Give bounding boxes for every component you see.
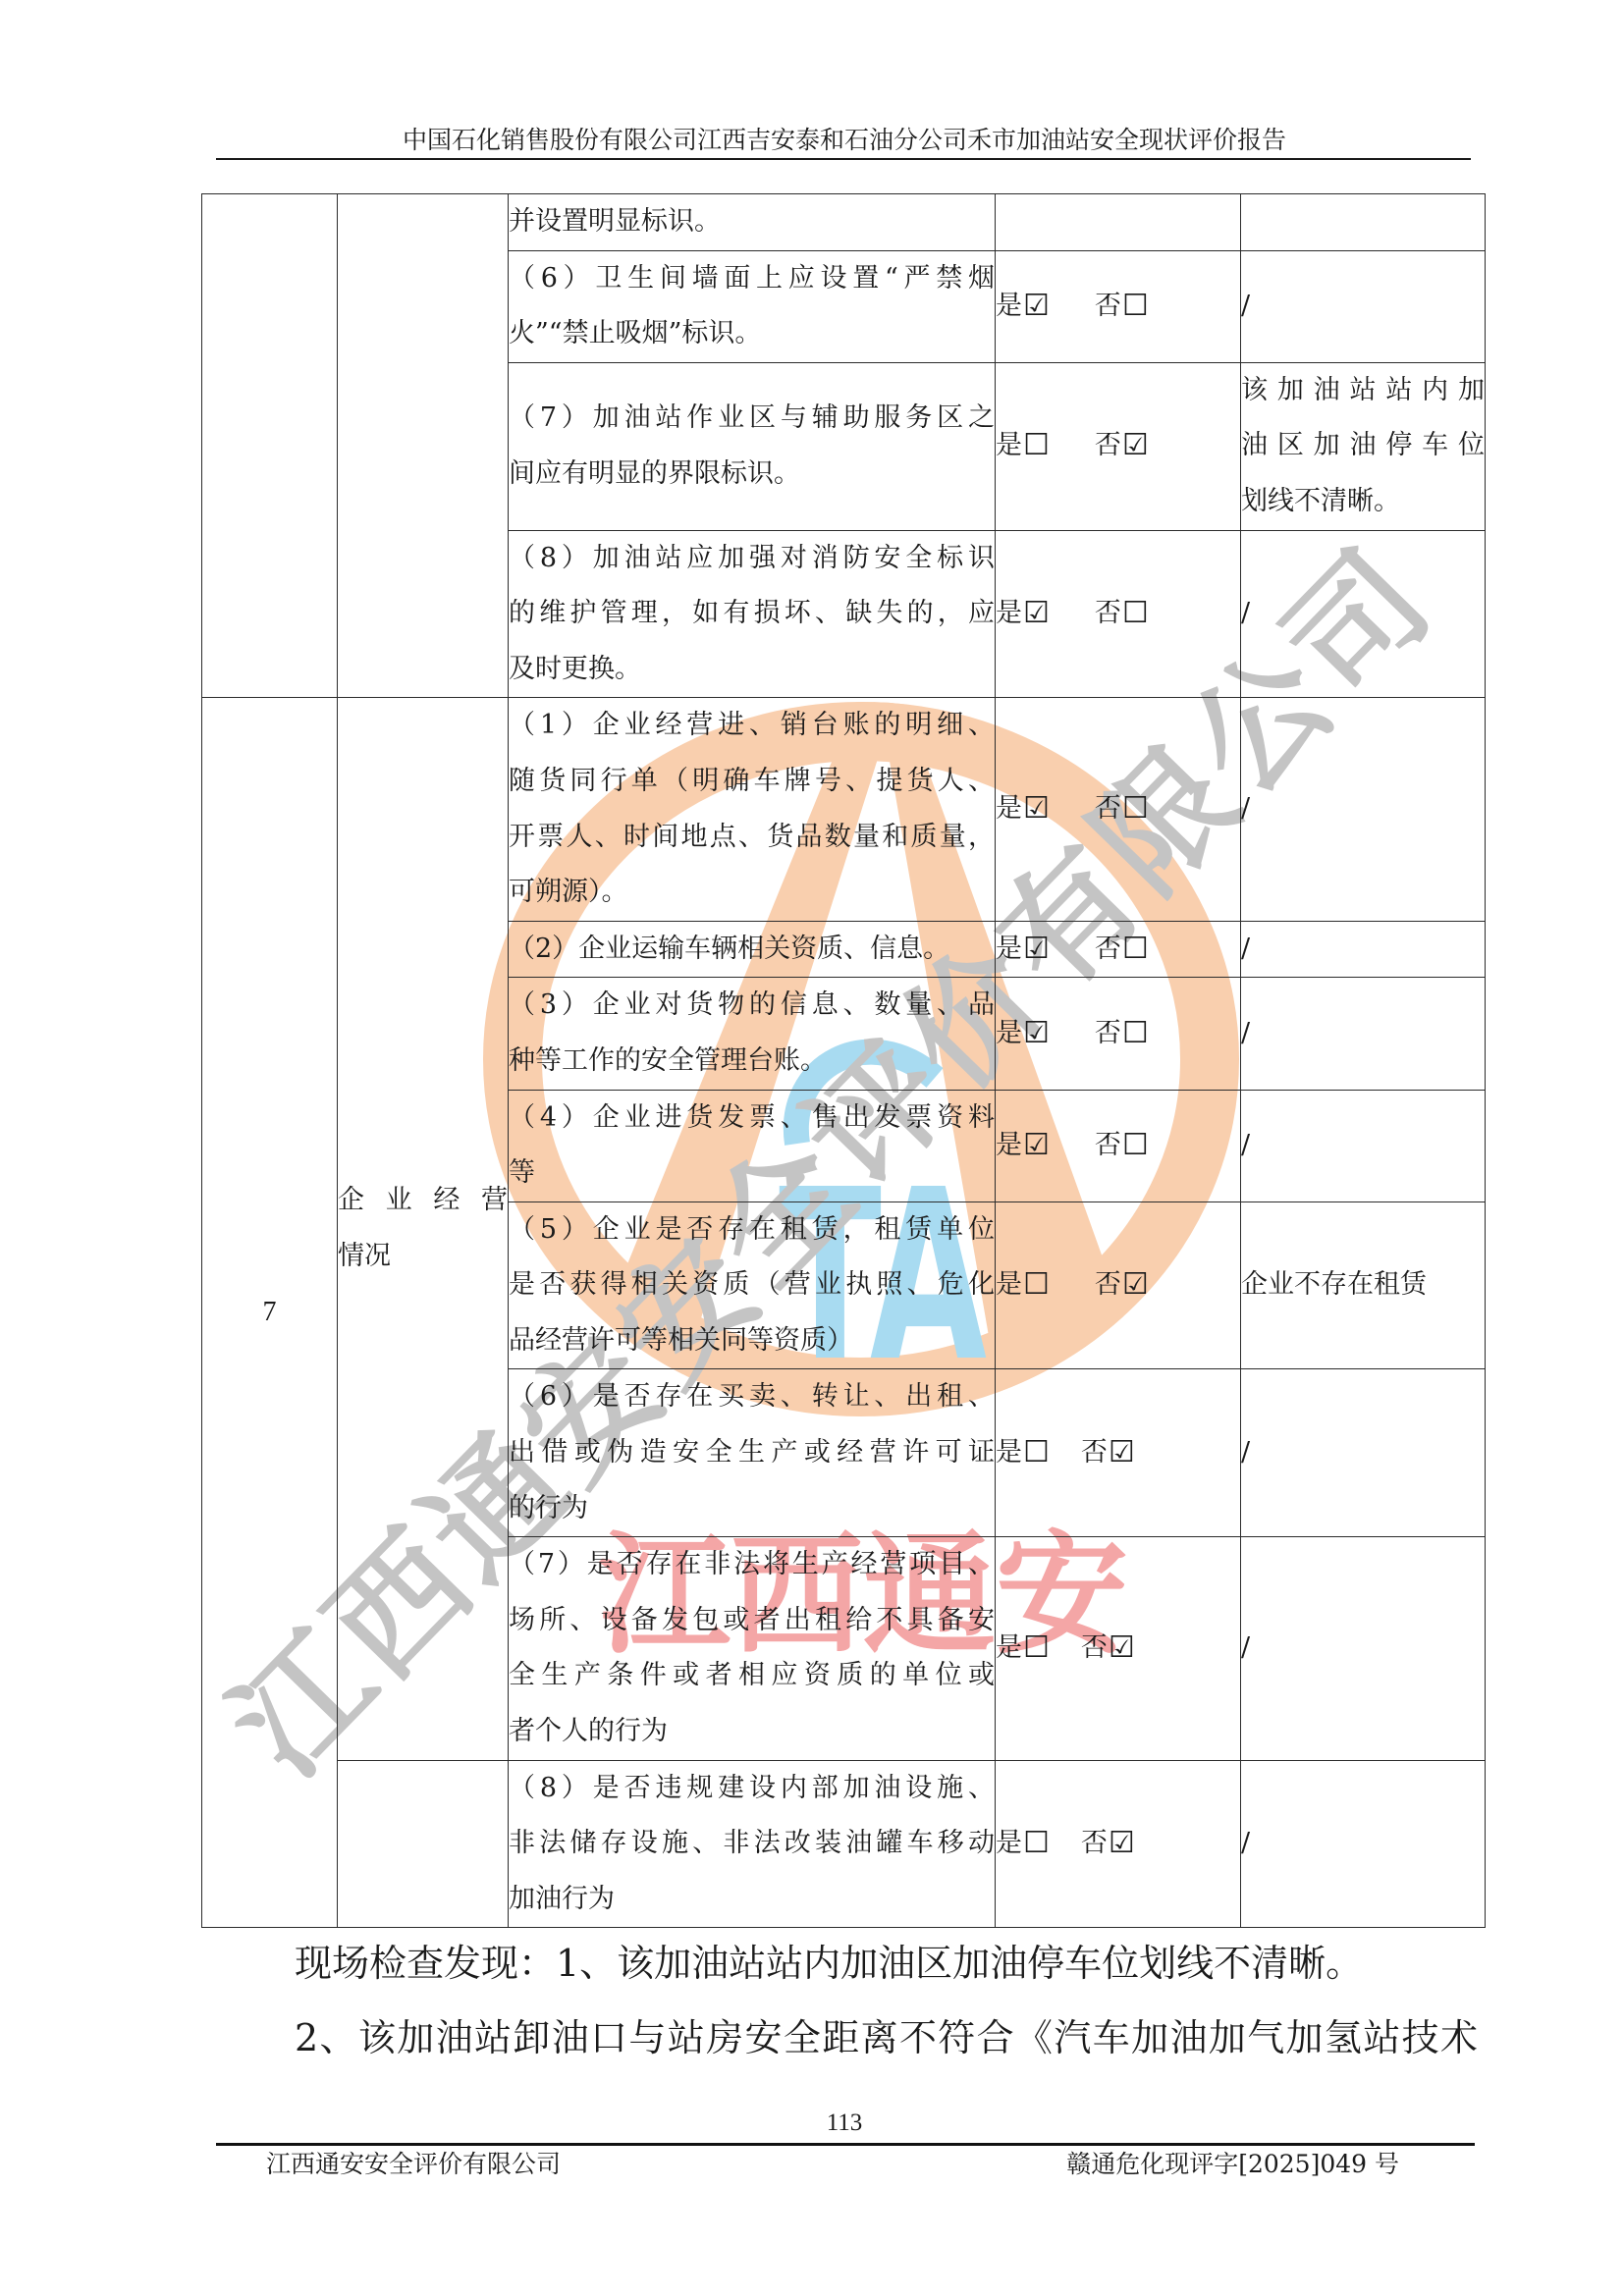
text-line: 加油行为 xyxy=(509,1872,995,1928)
check-item-cell: （7）是否存在非法将生产经营项目、场所、设备发包或者出租给不具备安全生产条件或者… xyxy=(509,1537,996,1760)
check-item-cell: （8）是否违规建设内部加油设施、非法储存设施、非法改装油罐车移动加油行为 xyxy=(509,1760,996,1928)
text-line: 等 xyxy=(509,1146,995,1201)
option-no: 否☐ xyxy=(1095,279,1149,335)
check-item-cell: 并设置明显标识。 xyxy=(509,194,996,251)
option-yes: 是☑ xyxy=(996,586,1050,642)
checkbox-icon: ☑ xyxy=(1109,1630,1135,1665)
remark-cell: / xyxy=(1241,1760,1486,1928)
text-line: / xyxy=(1241,1621,1485,1677)
table-row: 并设置明显标识。 xyxy=(202,194,1486,251)
text-line: 间应有明显的界限标识。 xyxy=(509,447,995,503)
option-label: 是 xyxy=(996,430,1022,460)
checkbox-icon: ☑ xyxy=(1023,791,1050,826)
text-line: （2）企业运输车辆相关资质、信息。 xyxy=(509,922,995,978)
section-number-cell xyxy=(202,194,338,698)
option-label: 是 xyxy=(996,1018,1022,1048)
footer-rule xyxy=(216,2143,1475,2146)
text-line: 及时更换。 xyxy=(509,642,995,698)
option-label: 是 xyxy=(996,934,1022,964)
option-label: 否 xyxy=(1081,1828,1108,1858)
option-no: 否☐ xyxy=(1095,1006,1149,1062)
check-item-cell: （5）企业是否存在租赁，租赁单位是否获得相关资质（营业执照、危化品经营许可等相关… xyxy=(509,1201,996,1369)
text-line: / xyxy=(1241,586,1485,642)
text-line: 品经营许可等相关同等资质） xyxy=(509,1313,995,1369)
footer-document-number: 赣通危化现评字[2025]049 号 xyxy=(1066,2150,1399,2179)
option-no: 否☑ xyxy=(1081,1816,1135,1872)
compliance-cell: 是☑否☐ xyxy=(996,530,1241,698)
checkbox-icon: ☐ xyxy=(1122,791,1149,826)
option-label: 是 xyxy=(996,1632,1022,1663)
text-line: （3）企业对货物的信息、数量、品 xyxy=(509,978,995,1034)
compliance-cell: 是☐否☑ xyxy=(996,1201,1241,1369)
check-item-cell: （4）企业进货发票、售出发票资料等 xyxy=(509,1090,996,1201)
text-line: （6）卫生间墙面上应设置“严禁烟 xyxy=(509,251,995,307)
option-label: 否 xyxy=(1095,1018,1121,1048)
remark-cell xyxy=(1241,194,1486,251)
checkbox-icon: ☑ xyxy=(1122,428,1149,462)
running-header-title: 中国石化销售股份有限公司江西吉安泰和石油分公司禾市加油站安全现状评价报告 xyxy=(216,126,1473,155)
checkbox-icon: ☐ xyxy=(1023,428,1050,462)
option-label: 是 xyxy=(996,1269,1022,1300)
option-label: 否 xyxy=(1095,793,1121,824)
finding-paragraph: 2、该加油站卸油口与站房安全距离不符合《汽车加油加气加氢站技术 xyxy=(220,2001,1478,2075)
text-line: / xyxy=(1241,781,1485,837)
remark-cell: / xyxy=(1241,1369,1486,1537)
check-item-cell: （6）是否存在买卖、转让、出租、出借或伪造安全生产或经营许可证的行为 xyxy=(509,1369,996,1537)
option-no: 否☑ xyxy=(1095,1257,1149,1313)
text-line: 情况 xyxy=(338,1229,508,1285)
option-yes: 是☐ xyxy=(996,1257,1050,1313)
option-no: 否☐ xyxy=(1095,586,1149,642)
checkbox-icon: ☐ xyxy=(1122,1016,1149,1050)
section-number-cell: 7 xyxy=(202,698,338,1928)
text-line: 油区加油停车位 xyxy=(1241,418,1485,474)
option-yes: 是☐ xyxy=(996,1621,1050,1677)
section-category-cell xyxy=(338,1760,509,1928)
check-item-cell: （1）企业经营进、销台账的明细、随货同行单（明确车牌号、提货人、开票人、时间地点… xyxy=(509,698,996,921)
finding-paragraph: 现场检查发现：1、该加油站站内加油区加油停车位划线不清晰。 xyxy=(220,1926,1478,2001)
remark-cell: / xyxy=(1241,1537,1486,1760)
checkbox-icon: ☑ xyxy=(1023,289,1050,323)
text-line: / xyxy=(1241,1006,1485,1062)
text-line: （8）是否违规建设内部加油设施、 xyxy=(509,1761,995,1817)
compliance-cell: 是☐否☑ xyxy=(996,362,1241,530)
checkbox-icon: ☑ xyxy=(1023,596,1050,630)
option-yes: 是☑ xyxy=(996,922,1050,978)
option-yes: 是☑ xyxy=(996,1118,1050,1174)
section-category-cell: 企业经营情况 xyxy=(338,698,509,1760)
check-item-cell: （3）企业对货物的信息、数量、品种等工作的安全管理台账。 xyxy=(509,978,996,1090)
remark-cell: / xyxy=(1241,921,1486,978)
safety-checklist-table: 并设置明显标识。 （6）卫生间墙面上应设置“严禁烟火”“禁止吸烟”标识。 是☑否… xyxy=(201,193,1486,1928)
option-label: 是 xyxy=(996,1828,1022,1858)
option-label: 否 xyxy=(1095,291,1121,321)
text-line: 的行为 xyxy=(509,1481,995,1537)
remark-cell: / xyxy=(1241,530,1486,698)
option-label: 否 xyxy=(1081,1632,1108,1663)
compliance-cell xyxy=(996,194,1241,251)
text-line: 出借或伪造安全生产或经营许可证 xyxy=(509,1425,995,1481)
checkbox-icon: ☑ xyxy=(1023,932,1050,966)
text-line: 企业经营 xyxy=(338,1173,508,1229)
option-label: 是 xyxy=(996,598,1022,628)
option-label: 否 xyxy=(1095,1269,1121,1300)
checkbox-icon: ☑ xyxy=(1109,1435,1135,1469)
text-line: 划线不清晰。 xyxy=(1241,474,1485,530)
checkbox-icon: ☐ xyxy=(1122,289,1149,323)
text-line: （5）企业是否存在租赁，租赁单位 xyxy=(509,1202,995,1258)
remark-cell: / xyxy=(1241,978,1486,1090)
document-page: TA 江西通安 江西通安安全评价有限公司 中国石化销售股份有限公司江西吉安泰和石… xyxy=(0,0,1624,2296)
option-yes: 是☑ xyxy=(996,781,1050,837)
remark-cell: 企业不存在租赁 xyxy=(1241,1201,1486,1369)
checkbox-icon: ☐ xyxy=(1023,1267,1050,1302)
option-no: 否☑ xyxy=(1081,1425,1135,1481)
text-line: 随货同行单（明确车牌号、提货人、 xyxy=(509,754,995,810)
option-yes: 是☐ xyxy=(996,418,1050,474)
section-category-cell xyxy=(338,194,509,698)
compliance-cell: 是☑否☐ xyxy=(996,978,1241,1090)
text-line: 的维护管理，如有损坏、缺失的，应 xyxy=(509,586,995,642)
option-label: 否 xyxy=(1081,1437,1108,1468)
option-yes: 是☑ xyxy=(996,1006,1050,1062)
check-item-cell: （6）卫生间墙面上应设置“严禁烟火”“禁止吸烟”标识。 xyxy=(509,250,996,362)
option-yes: 是☑ xyxy=(996,279,1050,335)
check-item-cell: （8）加油站应加强对消防安全标识的维护管理，如有损坏、缺失的，应及时更换。 xyxy=(509,530,996,698)
text-line: （7）是否存在非法将生产经营项目、 xyxy=(509,1537,995,1593)
checkbox-icon: ☑ xyxy=(1023,1016,1050,1050)
option-label: 是 xyxy=(996,793,1022,824)
table-row: （8）是否违规建设内部加油设施、非法储存设施、非法改装油罐车移动加油行为 是☐否… xyxy=(202,1760,1486,1928)
inspection-findings: 现场检查发现：1、该加油站站内加油区加油停车位划线不清晰。 2、该加油站卸油口与… xyxy=(220,1926,1478,2075)
remark-cell: 该加油站站内加油区加油停车位划线不清晰。 xyxy=(1241,362,1486,530)
option-no: 否☐ xyxy=(1095,922,1149,978)
option-label: 是 xyxy=(996,1130,1022,1160)
compliance-cell: 是☐否☑ xyxy=(996,1760,1241,1928)
option-no: 否☐ xyxy=(1095,1118,1149,1174)
check-item-cell: （7）加油站作业区与辅助服务区之间应有明显的界限标识。 xyxy=(509,362,996,530)
checkbox-icon: ☐ xyxy=(1023,1826,1050,1860)
checkbox-icon: ☐ xyxy=(1023,1435,1050,1469)
option-yes: 是☐ xyxy=(996,1425,1050,1481)
footer-company-name: 江西通安安全评价有限公司 xyxy=(266,2150,561,2179)
text-line: 种等工作的安全管理台账。 xyxy=(509,1034,995,1090)
option-label: 是 xyxy=(996,1437,1022,1468)
text-line: （1）企业经营进、销台账的明细、 xyxy=(509,698,995,754)
option-no: 否☑ xyxy=(1095,418,1149,474)
text-line: 火”“禁止吸烟”标识。 xyxy=(509,306,995,362)
checkbox-icon: ☑ xyxy=(1122,1267,1149,1302)
text-line: / xyxy=(1241,279,1485,335)
remark-cell: / xyxy=(1241,1090,1486,1201)
text-line: 该加油站站内加 xyxy=(1241,363,1485,419)
header-rule xyxy=(216,158,1471,160)
option-label: 否 xyxy=(1095,430,1121,460)
option-no: 否☐ xyxy=(1095,781,1149,837)
remark-cell: / xyxy=(1241,250,1486,362)
checkbox-icon: ☐ xyxy=(1023,1630,1050,1665)
option-label: 是 xyxy=(996,291,1022,321)
option-label: 否 xyxy=(1095,598,1121,628)
option-label: 否 xyxy=(1095,934,1121,964)
page-number: 113 xyxy=(216,2109,1473,2138)
text-line: 者个人的行为 xyxy=(509,1704,995,1760)
text-line: 全生产条件或者相应资质的单位或 xyxy=(509,1648,995,1704)
compliance-cell: 是☐否☑ xyxy=(996,1369,1241,1537)
text-line: 可朔源）。 xyxy=(509,865,995,921)
text-line: （4）企业进货发票、售出发票资料 xyxy=(509,1091,995,1147)
text-line: （6）是否存在买卖、转让、出租、 xyxy=(509,1369,995,1425)
option-yes: 是☐ xyxy=(996,1816,1050,1872)
checkbox-icon: ☐ xyxy=(1122,932,1149,966)
option-no: 否☑ xyxy=(1081,1621,1135,1677)
checkbox-icon: ☐ xyxy=(1122,1128,1149,1162)
compliance-cell: 是☑否☐ xyxy=(996,1090,1241,1201)
text-line: / xyxy=(1241,1425,1485,1481)
text-line: （7）加油站作业区与辅助服务区之 xyxy=(509,391,995,447)
text-line: 开票人、时间地点、货品数量和质量， xyxy=(509,810,995,866)
compliance-cell: 是☑否☐ xyxy=(996,698,1241,921)
text-line: / xyxy=(1241,1816,1485,1872)
remark-cell: / xyxy=(1241,698,1486,921)
text-line: 企业不存在租赁 xyxy=(1241,1257,1485,1313)
checkbox-icon: ☑ xyxy=(1023,1128,1050,1162)
text-line: / xyxy=(1241,922,1485,978)
checkbox-icon: ☑ xyxy=(1109,1826,1135,1860)
compliance-cell: 是☑否☐ xyxy=(996,250,1241,362)
text-line: 并设置明显标识。 xyxy=(509,194,995,250)
option-label: 否 xyxy=(1095,1130,1121,1160)
checkbox-icon: ☐ xyxy=(1122,596,1149,630)
compliance-cell: 是☐否☑ xyxy=(996,1537,1241,1760)
check-item-cell: （2）企业运输车辆相关资质、信息。 xyxy=(509,921,996,978)
table-row: 7 企业经营情况 （1）企业经营进、销台账的明细、随货同行单（明确车牌号、提货人… xyxy=(202,698,1486,921)
text-line: 场所、设备发包或者出租给不具备安 xyxy=(509,1593,995,1649)
text-line: / xyxy=(1241,1118,1485,1174)
text-line: 非法储存设施、非法改装油罐车移动 xyxy=(509,1816,995,1872)
text-line: （8）加油站应加强对消防安全标识 xyxy=(509,531,995,587)
text-line: 是否获得相关资质（营业执照、危化 xyxy=(509,1257,995,1313)
compliance-cell: 是☑否☐ xyxy=(996,921,1241,978)
